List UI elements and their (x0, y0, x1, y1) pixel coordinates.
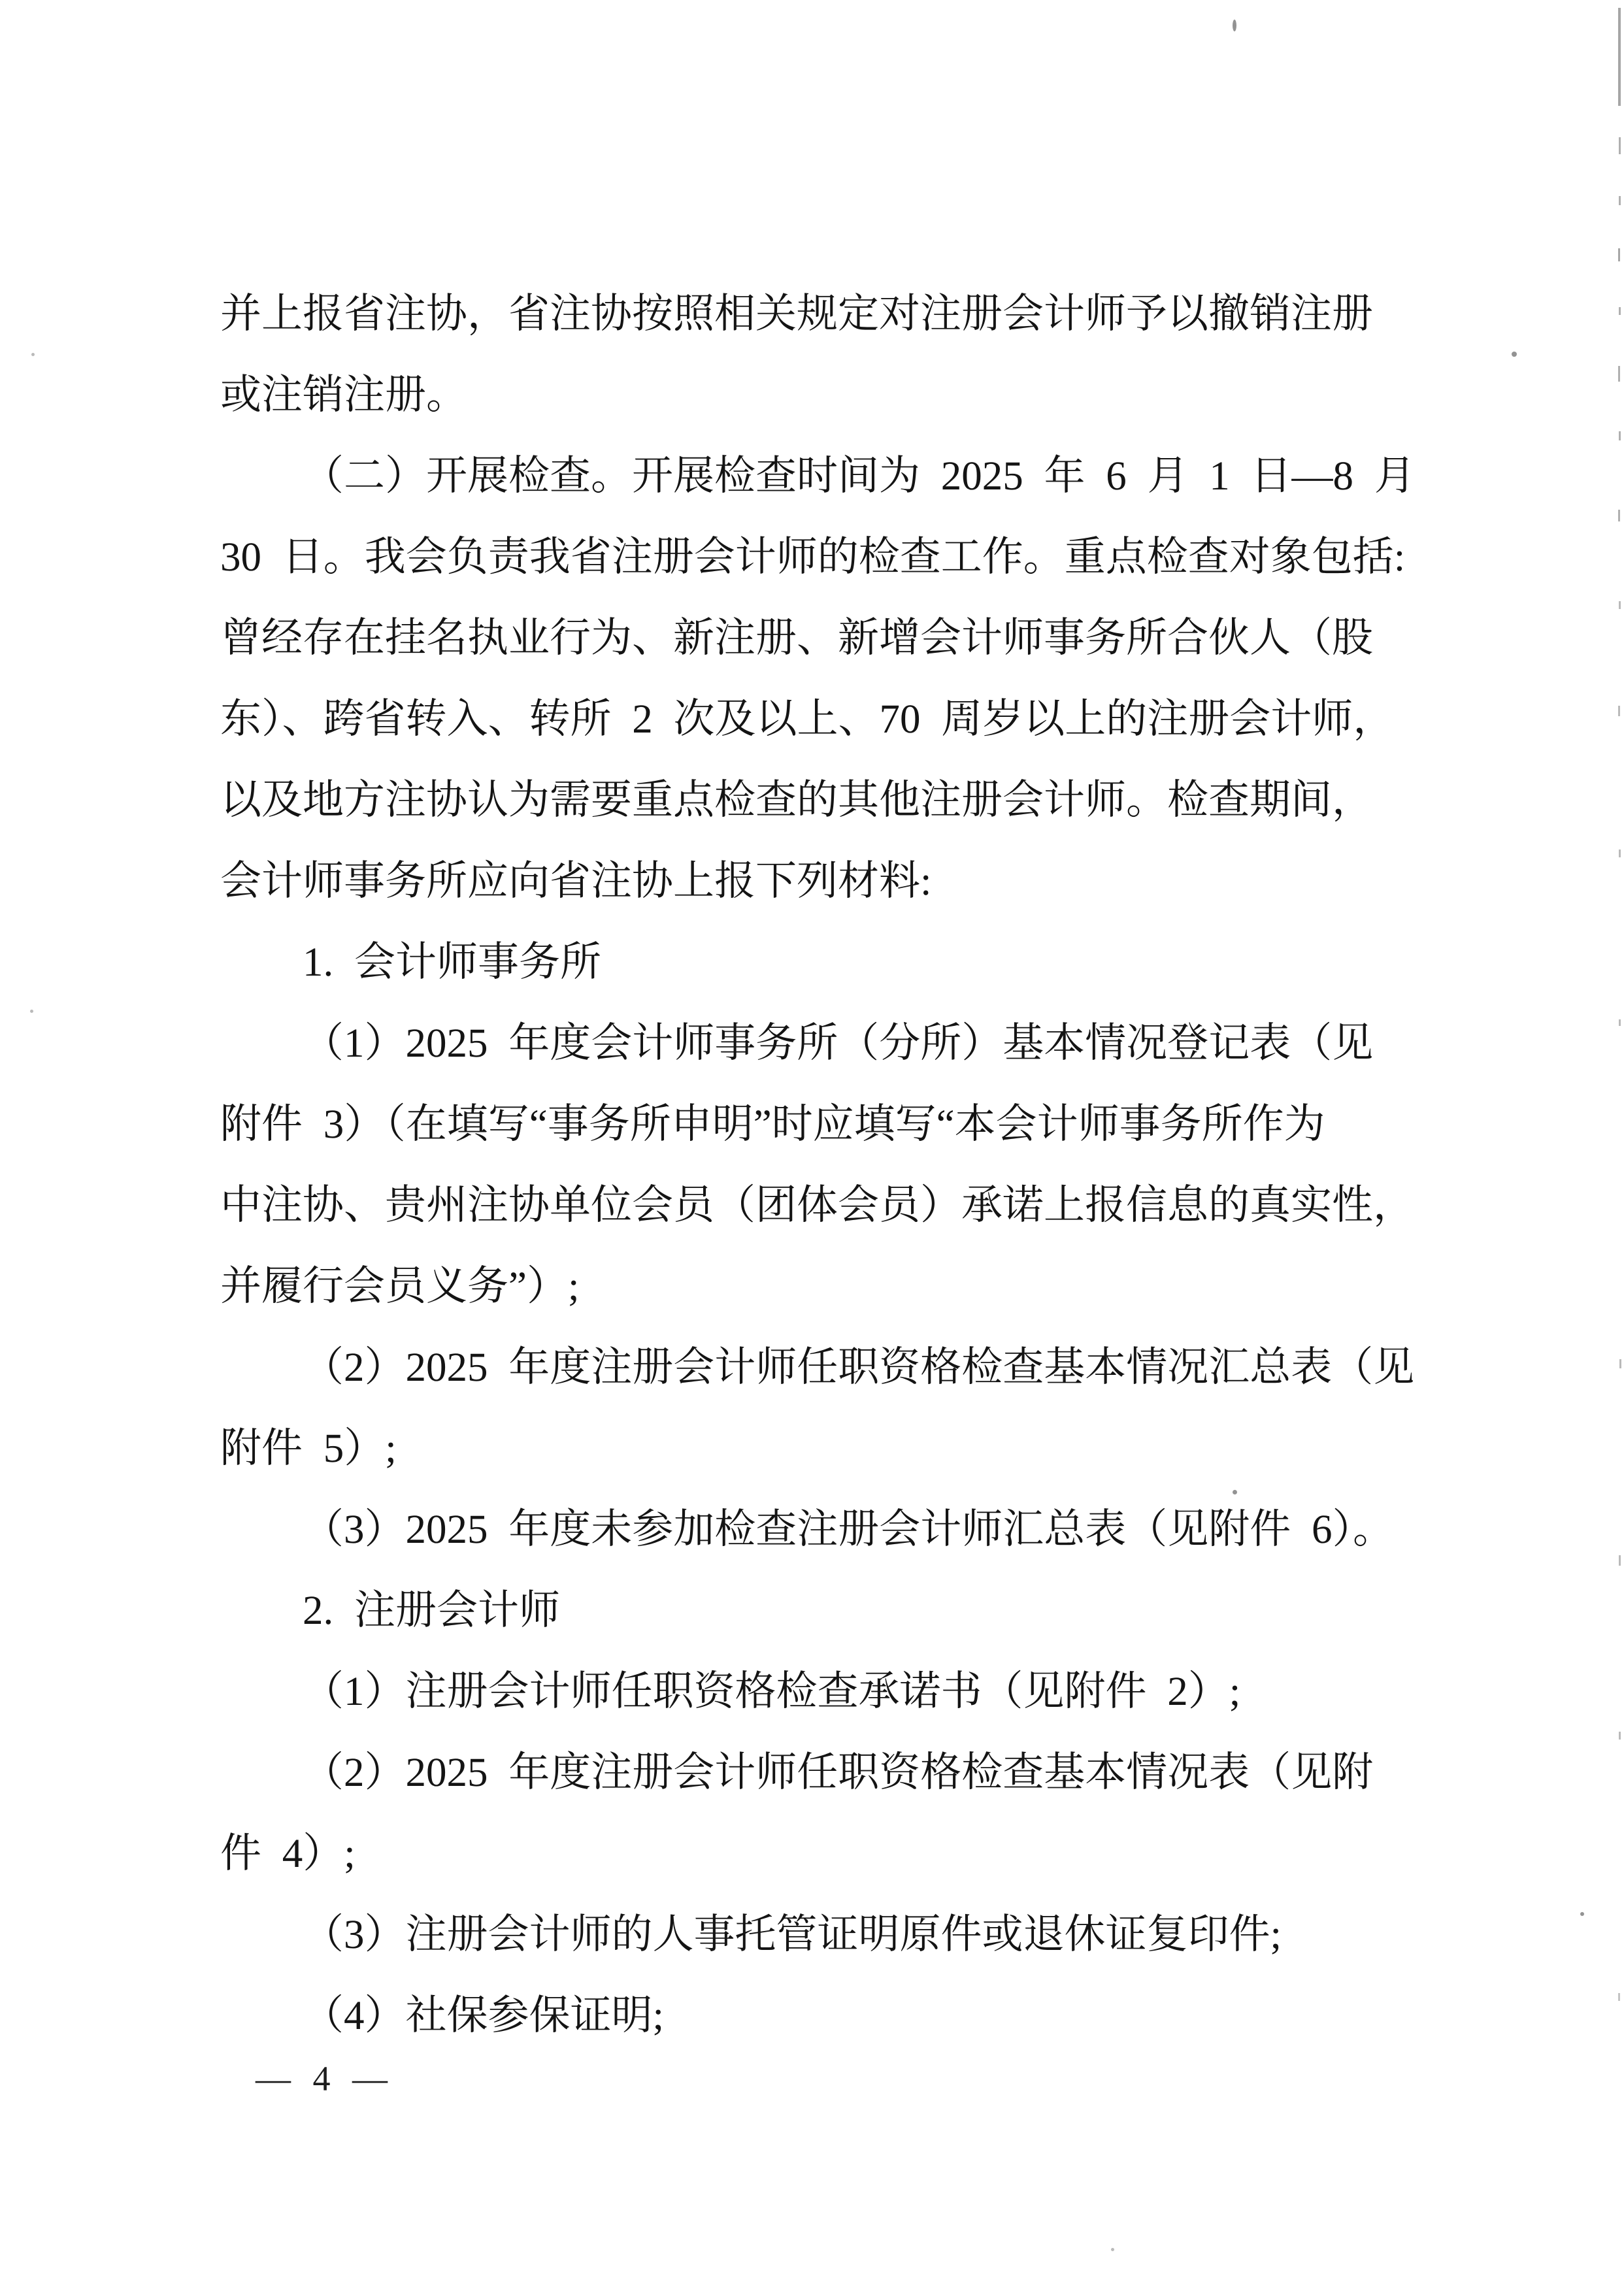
text-line-8: 会计师事务所应向省注协上报下列材料: (220, 840, 1436, 921)
text-line-16: （3）2025 年度未参加检查注册会计师汇总表（见附件 6）。 (220, 1489, 1436, 1570)
text-line-2: 或注销注册。 (220, 354, 1436, 435)
scan-edge-tick (1618, 366, 1620, 382)
scan-edge-tick (1619, 137, 1621, 154)
text-line-12: 中注协、贵州注协单位会员（团体会员）承诺上报信息的真实性， (220, 1164, 1436, 1245)
text-line-10: （1）2025 年度会计师事务所（分所）基本情况登记表（见 (220, 1002, 1436, 1083)
text-line-21: （3）注册会计师的人事托管证明原件或退休证复印件; (220, 1894, 1436, 1975)
scan-edge-tick (1619, 850, 1621, 857)
scan-edge-tick (1619, 1555, 1621, 1566)
scan-edge-tick (1618, 8, 1621, 106)
scan-speck (1233, 1490, 1237, 1494)
scanned-document-page: 并上报省注协，省注协按照相关规定对注册会计师予以撤销注册 或注销注册。 （二）开… (0, 0, 1624, 2293)
scan-edge-tick (1618, 706, 1620, 716)
text-line-7: 以及地方注协认为需要重点检查的其他注册会计师。检查期间， (220, 759, 1436, 840)
scan-speck (1111, 2248, 1114, 2251)
scan-edge-tick (1619, 1359, 1621, 1368)
scan-speck (31, 353, 35, 356)
text-line-1: 并上报省注协，省注协按照相关规定对注册会计师予以撤销注册 (220, 273, 1436, 354)
text-line-4: 30 日。我会负责我省注册会计师的检查工作。重点检查对象包括: (220, 516, 1436, 597)
text-line-19: （2）2025 年度注册会计师任职资格检查基本情况表（见附 (220, 1732, 1436, 1813)
scan-edge-tick (1619, 601, 1621, 609)
text-line-9: 1. 会计师事务所 (220, 921, 1436, 1002)
scan-edge-tick (1618, 248, 1620, 261)
scan-speck (1233, 20, 1236, 31)
scan-edge-tick (1619, 1732, 1621, 1740)
text-line-11: 附件 3）（在填写“事务所申明”时应填写“本会计师事务所作为 (220, 1083, 1436, 1164)
scan-speck (1580, 1912, 1584, 1916)
document-body: 并上报省注协，省注协按照相关规定对注册会计师予以撤销注册 或注销注册。 （二）开… (220, 273, 1436, 2056)
text-line-13: 并履行会员义务”）; (220, 1245, 1436, 1327)
text-line-6: 东）、跨省转入、转所 2 次及以上、70 周岁以上的注册会计师， (220, 678, 1436, 759)
scan-speck (1512, 352, 1517, 357)
text-line-3: （二）开展检查。开展检查时间为 2025 年 6 月 1 日—8 月 (220, 435, 1436, 516)
text-line-14: （2）2025 年度注册会计师任职资格检查基本情况汇总表（见 (220, 1327, 1436, 1408)
scan-edge-tick (1618, 510, 1620, 521)
text-line-18: （1）注册会计师任职资格检查承诺书（见附件 2）; (220, 1651, 1436, 1732)
scan-edge-tick (1619, 1019, 1621, 1026)
text-line-5: 曾经存在挂名执业行为、新注册、新增会计师事务所合伙人（股 (220, 597, 1436, 678)
scan-edge-tick (1619, 307, 1621, 315)
text-line-20: 件 4）; (220, 1813, 1436, 1894)
scan-edge-tick (1619, 196, 1621, 205)
scan-speck (30, 1010, 33, 1013)
scan-edge-tick (1618, 1993, 1620, 2001)
page-number: — 4 — (256, 2058, 388, 2099)
scan-edge-tick (1619, 431, 1621, 440)
text-line-15: 附件 5）; (220, 1408, 1436, 1489)
text-line-17: 2. 注册会计师 (220, 1570, 1436, 1651)
text-line-22: （4）社保参保证明; (220, 1975, 1436, 2056)
